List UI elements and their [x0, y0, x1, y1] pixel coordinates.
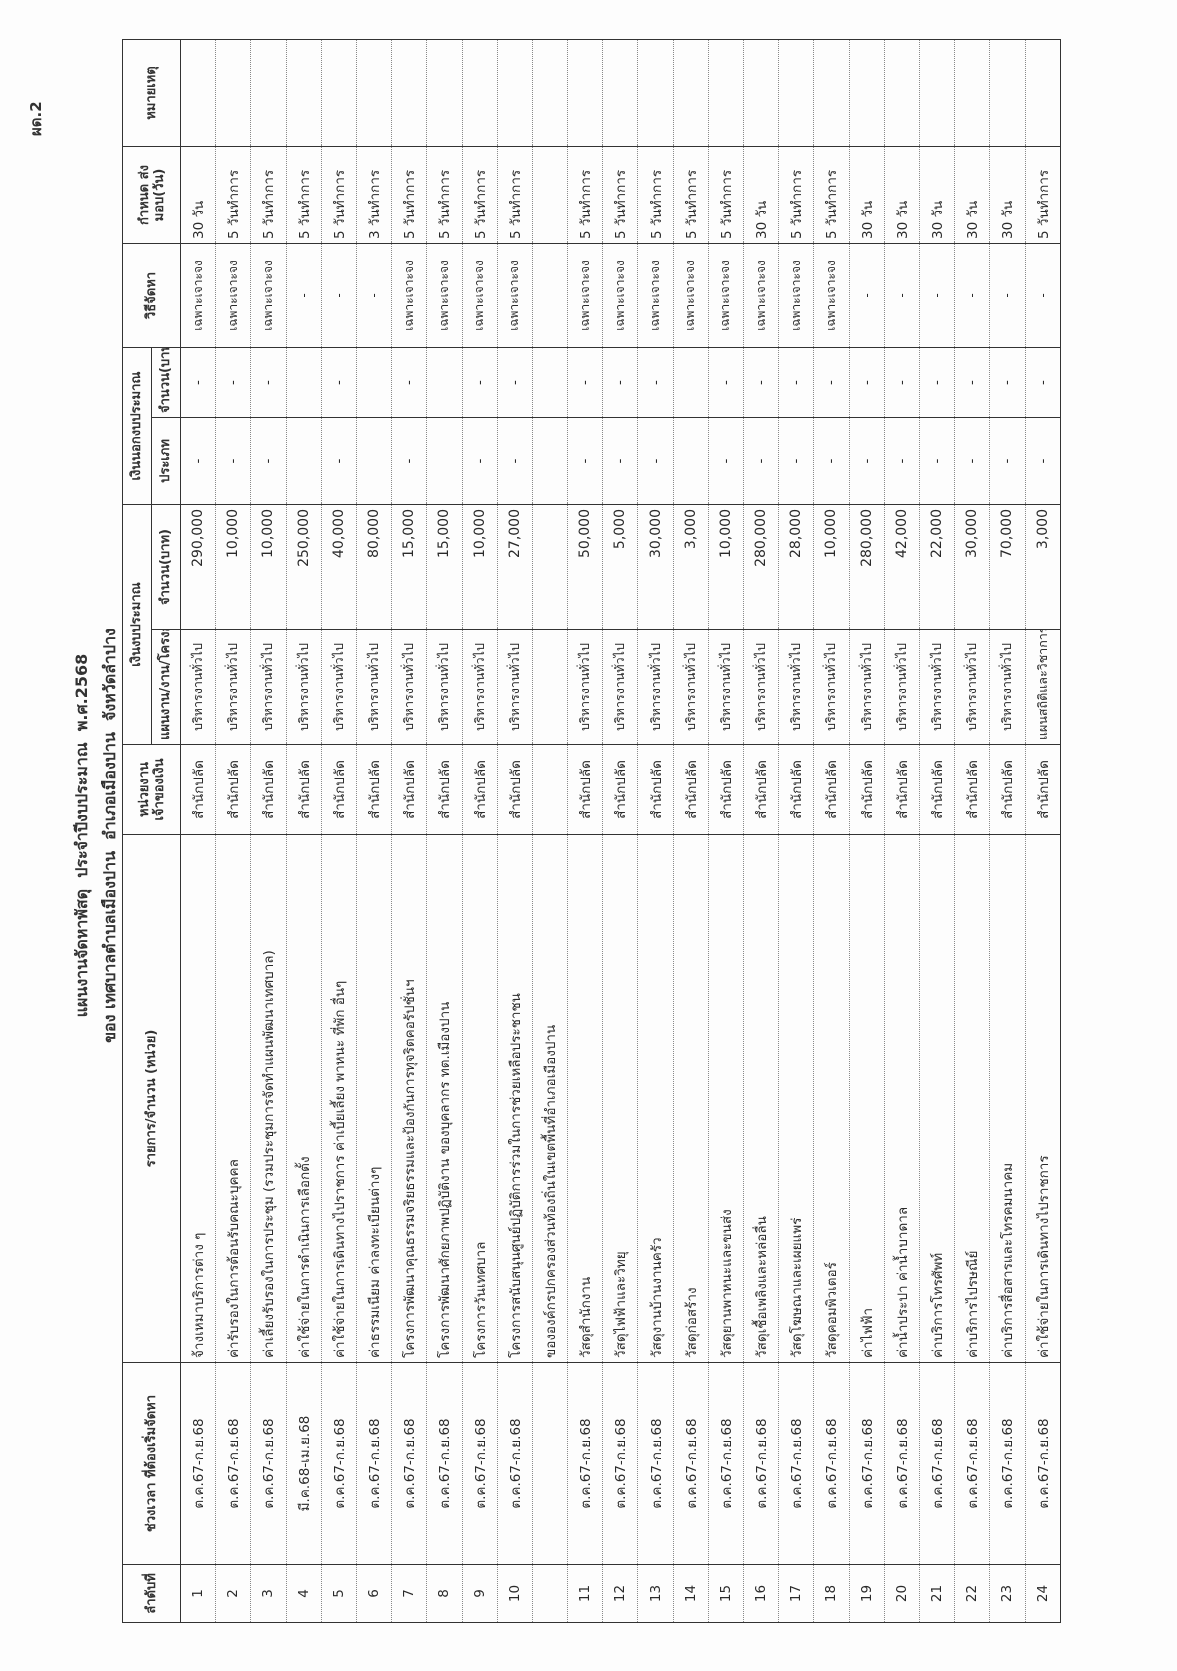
table-row: 10ต.ค.67-ก.ย.68โครงการสนับสนุนศูนย์ปฏิบั… — [497, 40, 532, 1623]
row-budget-plan: บริหารงานทั่วไป — [955, 630, 990, 745]
row-method: - — [356, 244, 391, 348]
row-period: ต.ค.67-ก.ย.68 — [919, 1363, 954, 1565]
row-extra-type: - — [251, 418, 286, 505]
row-extra-type: - — [216, 418, 251, 505]
header-deadline: กำหนด ส่งมอบ(วัน) — [123, 147, 181, 244]
row-extra-amount: - — [814, 348, 849, 418]
row-period: ต.ค.67-ก.ย.68 — [884, 1363, 919, 1565]
table-row: 9ต.ค.67-ก.ย.68โครงการวันเทศบาลสำนักปลัดบ… — [462, 40, 497, 1623]
row-extra-amount — [673, 348, 708, 418]
row-budget-plan: บริหารงานทั่วไป — [568, 630, 603, 745]
row-method: - — [321, 244, 356, 348]
row-period: ต.ค.67-ก.ย.68 — [638, 1363, 673, 1565]
row-deadline: 5 วันทำการ — [673, 147, 708, 244]
row-extra-amount: - — [181, 348, 216, 418]
row-period: ต.ค.67-ก.ย.68 — [744, 1363, 779, 1565]
table-row: ขององค์กรปกครองส่วนท้องถิ่นในเขตพื้นที่อ… — [532, 40, 567, 1623]
row-budget-plan: บริหารงานทั่วไป — [251, 630, 286, 745]
row-extra-amount: - — [568, 348, 603, 418]
row-budget-plan: บริหารงานทั่วไป — [849, 630, 884, 745]
table-row: 16ต.ค.67-ก.ย.68วัสดุเชื้อเพลิงและหล่อลื่… — [744, 40, 779, 1623]
row-item: วัสดุเชื้อเพลิงและหล่อลื่น — [744, 835, 779, 1363]
row-item: ค่าไฟฟ้า — [849, 835, 884, 1363]
row-budget-amount: 30,000 — [638, 505, 673, 630]
row-deadline: 30 วัน — [744, 147, 779, 244]
row-extra-type: - — [779, 418, 814, 505]
row-deadline: 5 วันทำการ — [251, 147, 286, 244]
row-item: ค่าเลี้ยงรับรองในการประชุม (รวมประชุมการ… — [251, 835, 286, 1363]
row-item: วัสดุคอมพิวเตอร์ — [814, 835, 849, 1363]
row-note — [356, 40, 391, 147]
header-budget-amount: จำนวน(บาท) — [152, 505, 181, 630]
row-unit: สำนักปลัด — [955, 745, 990, 835]
row-method: เฉพาะเจาะจง — [497, 244, 532, 348]
table-row: 7ต.ค.67-ก.ย.68โครงการพัฒนาคุณธรรมจริยธรร… — [392, 40, 427, 1623]
table-row: 23ต.ค.67-ก.ย.68ค่าบริการสื่อสารและโทรคมน… — [990, 40, 1025, 1623]
row-note — [638, 40, 673, 147]
table-row: 3ต.ค.67-ก.ย.68ค่าเลี้ยงรับรองในการประชุม… — [251, 40, 286, 1623]
row-note — [321, 40, 356, 147]
table-row: 14ต.ค.67-ก.ย.68วัสดุก่อสร้างสำนักปลัดบริ… — [673, 40, 708, 1623]
row-item: โครงการสนับสนุนศูนย์ปฏิบัติการร่วมในการช… — [497, 835, 532, 1363]
row-budget-plan: บริหารงานทั่วไป — [673, 630, 708, 745]
row-extra-amount — [356, 348, 391, 418]
row-budget-amount: 10,000 — [462, 505, 497, 630]
header-extra-budget-group: เงินนอกงบประมาณ — [123, 348, 152, 505]
row-note — [603, 40, 638, 147]
row-deadline: 5 วันทำการ — [603, 147, 638, 244]
table-row: 15ต.ค.67-ก.ย.68วัสดุยานพาหนะและขนส่งสำนั… — [708, 40, 743, 1623]
row-method: เฉพาะเจาะจง — [673, 244, 708, 348]
row-note — [849, 40, 884, 147]
row-budget-amount: 80,000 — [356, 505, 391, 630]
header-method: วิธีจัดหา — [123, 244, 181, 348]
row-budget-amount: 15,000 — [392, 505, 427, 630]
row-budget-amount: 70,000 — [990, 505, 1025, 630]
row-budget-amount: 28,000 — [779, 505, 814, 630]
row-note — [919, 40, 954, 147]
row-period: ต.ค.67-ก.ย.68 — [673, 1363, 708, 1565]
row-number: 24 — [1025, 1565, 1060, 1623]
row-item: วัสดุยานพาหนะและขนส่ง — [708, 835, 743, 1363]
row-note — [708, 40, 743, 147]
row-deadline: 30 วัน — [919, 147, 954, 244]
row-deadline: 5 วันทำการ — [568, 147, 603, 244]
row-extra-type: - — [814, 418, 849, 505]
row-unit: สำนักปลัด — [286, 745, 321, 835]
row-item: ค่าใช้จ่ายในการเดินทางไปราชการ ค่าเบี้ยเ… — [321, 835, 356, 1363]
row-item: ค่าบริการโทรศัพท์ — [919, 835, 954, 1363]
row-extra-amount: - — [919, 348, 954, 418]
row-extra-type — [532, 418, 567, 505]
row-number: 6 — [356, 1565, 391, 1623]
row-number: 14 — [673, 1565, 708, 1623]
row-extra-amount: - — [990, 348, 1025, 418]
row-number: 22 — [955, 1565, 990, 1623]
row-budget-plan: บริหารงานทั่วไป — [321, 630, 356, 745]
row-period: ต.ค.67-ก.ย.68 — [356, 1363, 391, 1565]
header-extra-amount: จำนวน(บาท) — [152, 348, 181, 418]
row-budget-amount: 280,000 — [849, 505, 884, 630]
row-budget-plan: บริหารงานทั่วไป — [990, 630, 1025, 745]
row-number: 1 — [181, 1565, 216, 1623]
row-period: ต.ค.67-ก.ย.68 — [603, 1363, 638, 1565]
row-extra-type — [356, 418, 391, 505]
table-row: 17ต.ค.67-ก.ย.68วัสดุโฆษณาและเผยแพร่สำนัก… — [779, 40, 814, 1623]
row-extra-type: - — [392, 418, 427, 505]
row-unit: สำนักปลัด — [356, 745, 391, 835]
row-budget-amount: 15,000 — [427, 505, 462, 630]
row-deadline: 5 วันทำการ — [814, 147, 849, 244]
row-extra-type: - — [990, 418, 1025, 505]
row-deadline: 30 วัน — [955, 147, 990, 244]
row-extra-type: - — [744, 418, 779, 505]
row-period: ต.ค.67-ก.ย.68 — [779, 1363, 814, 1565]
table-row: 20ต.ค.67-ก.ย.68ค่าน้ำประปา ค่าน้ำบาดาลสำ… — [884, 40, 919, 1623]
row-method: - — [1025, 244, 1060, 348]
row-extra-type: - — [1025, 418, 1060, 505]
row-budget-amount: 40,000 — [321, 505, 356, 630]
row-extra-type: - — [955, 418, 990, 505]
row-note — [497, 40, 532, 147]
header-note: หมายเหตุ — [123, 40, 181, 147]
row-budget-plan: บริหารงานทั่วไป — [638, 630, 673, 745]
row-extra-type: - — [638, 418, 673, 505]
row-extra-amount: - — [708, 348, 743, 418]
row-budget-amount — [532, 505, 567, 630]
row-period: ต.ค.67-ก.ย.68 — [427, 1363, 462, 1565]
row-unit: สำนักปลัด — [849, 745, 884, 835]
row-extra-amount: - — [392, 348, 427, 418]
row-budget-amount: 280,000 — [744, 505, 779, 630]
row-unit: สำนักปลัด — [392, 745, 427, 835]
row-extra-type: - — [603, 418, 638, 505]
row-extra-amount: - — [638, 348, 673, 418]
row-note — [568, 40, 603, 147]
row-deadline: 5 วันทำการ — [286, 147, 321, 244]
row-unit: สำนักปลัด — [462, 745, 497, 835]
row-deadline: 30 วัน — [849, 147, 884, 244]
row-extra-type: - — [708, 418, 743, 505]
row-note — [1025, 40, 1060, 147]
row-extra-amount: - — [497, 348, 532, 418]
header-period: ช่วงเวลา ที่ต้องเริ่มจัดหา — [123, 1363, 181, 1565]
header-item: รายการ/จำนวน (หน่วย) — [123, 835, 181, 1363]
row-item: ขององค์กรปกครองส่วนท้องถิ่นในเขตพื้นที่อ… — [532, 835, 567, 1363]
row-number: 2 — [216, 1565, 251, 1623]
row-item: วัสดุโฆษณาและเผยแพร่ — [779, 835, 814, 1363]
row-period: ต.ค.67-ก.ย.68 — [849, 1363, 884, 1565]
row-method: เฉพาะเจาะจง — [744, 244, 779, 348]
table-row: 24ต.ค.67-ก.ย.68ค่าใช้จ่ายในการเดินทางไปร… — [1025, 40, 1060, 1623]
row-budget-plan: บริหารงานทั่วไป — [216, 630, 251, 745]
row-unit: สำนักปลัด — [744, 745, 779, 835]
row-unit: สำนักปลัด — [638, 745, 673, 835]
row-extra-type: - — [568, 418, 603, 505]
row-extra-amount: - — [462, 348, 497, 418]
row-period: มี.ค.68-เม.ย.68 — [286, 1363, 321, 1565]
row-budget-plan: บริหารงานทั่วไป — [181, 630, 216, 745]
row-note — [216, 40, 251, 147]
row-budget-plan: แผนสถิติและวิชาการ — [1025, 630, 1060, 745]
row-method — [532, 244, 567, 348]
row-note — [673, 40, 708, 147]
row-deadline — [532, 147, 567, 244]
row-budget-plan: บริหารงานทั่วไป — [286, 630, 321, 745]
row-extra-amount: - — [744, 348, 779, 418]
row-deadline: 5 วันทำการ — [427, 147, 462, 244]
header-no: ลำดับที่ — [123, 1565, 181, 1623]
row-budget-amount: 42,000 — [884, 505, 919, 630]
row-number: 19 — [849, 1565, 884, 1623]
row-number: 4 — [286, 1565, 321, 1623]
row-number — [532, 1565, 567, 1623]
row-number: 10 — [497, 1565, 532, 1623]
row-number: 7 — [392, 1565, 427, 1623]
row-note — [884, 40, 919, 147]
row-deadline: 30 วัน — [884, 147, 919, 244]
row-number: 9 — [462, 1565, 497, 1623]
row-unit: สำนักปลัด — [919, 745, 954, 835]
row-item: วัสดุสำนักงาน — [568, 835, 603, 1363]
row-method: เฉพาะเจาะจง — [779, 244, 814, 348]
row-item: ค่ารับรองในการต้อนรับคณะบุคคล — [216, 835, 251, 1363]
row-extra-type: - — [181, 418, 216, 505]
row-unit: สำนักปลัด — [251, 745, 286, 835]
row-number: 18 — [814, 1565, 849, 1623]
row-item: วัสดุไฟฟ้าและวิทยุ — [603, 835, 638, 1363]
row-extra-type — [286, 418, 321, 505]
row-item: ค่าใช้จ่ายในการเดินทางไปราชการ — [1025, 835, 1060, 1363]
row-note — [779, 40, 814, 147]
row-extra-type — [673, 418, 708, 505]
row-deadline: 30 วัน — [181, 147, 216, 244]
row-method: เฉพาะเจาะจง — [427, 244, 462, 348]
row-extra-amount: - — [603, 348, 638, 418]
row-period: ต.ค.67-ก.ย.68 — [814, 1363, 849, 1565]
row-budget-amount: 3,000 — [1025, 505, 1060, 630]
row-method: - — [884, 244, 919, 348]
row-budget-amount: 10,000 — [814, 505, 849, 630]
table-row: 21ต.ค.67-ก.ย.68ค่าบริการโทรศัพท์สำนักปลั… — [919, 40, 954, 1623]
row-extra-amount: - — [849, 348, 884, 418]
row-extra-amount: - — [955, 348, 990, 418]
row-number: 15 — [708, 1565, 743, 1623]
row-unit: สำนักปลัด — [216, 745, 251, 835]
row-item: ค่าน้ำประปา ค่าน้ำบาดาล — [884, 835, 919, 1363]
row-method: - — [849, 244, 884, 348]
row-deadline: 30 วัน — [990, 147, 1025, 244]
row-extra-type: - — [919, 418, 954, 505]
row-method: เฉพาะเจาะจง — [392, 244, 427, 348]
table-row: 11ต.ค.67-ก.ย.68วัสดุสำนักงานสำนักปลัดบริ… — [568, 40, 603, 1623]
row-method: เฉพาะเจาะจง — [251, 244, 286, 348]
row-unit: สำนักปลัด — [181, 745, 216, 835]
row-note — [990, 40, 1025, 147]
row-budget-plan: บริหารงานทั่วไป — [919, 630, 954, 745]
row-extra-type — [427, 418, 462, 505]
row-unit: สำนักปลัด — [603, 745, 638, 835]
row-budget-amount: 22,000 — [919, 505, 954, 630]
table-row: 13ต.ค.67-ก.ย.68วัสดุงานบ้านงานครัวสำนักป… — [638, 40, 673, 1623]
row-deadline: 5 วันทำการ — [321, 147, 356, 244]
row-unit: สำนักปลัด — [427, 745, 462, 835]
row-unit: สำนักปลัด — [321, 745, 356, 835]
row-number: 5 — [321, 1565, 356, 1623]
row-method: - — [990, 244, 1025, 348]
row-method: เฉพาะเจาะจง — [462, 244, 497, 348]
row-budget-plan: บริหารงานทั่วไป — [427, 630, 462, 745]
row-number: 11 — [568, 1565, 603, 1623]
row-method: เฉพาะเจาะจง — [181, 244, 216, 348]
row-extra-amount: - — [1025, 348, 1060, 418]
row-budget-amount: 250,000 — [286, 505, 321, 630]
row-extra-amount: - — [216, 348, 251, 418]
row-budget-amount: 10,000 — [216, 505, 251, 630]
row-extra-type: - — [462, 418, 497, 505]
row-note — [814, 40, 849, 147]
row-extra-amount: - — [884, 348, 919, 418]
table-row: 19ต.ค.67-ก.ย.68ค่าไฟฟ้าสำนักปลัดบริหารงา… — [849, 40, 884, 1623]
row-unit: สำนักปลัด — [568, 745, 603, 835]
row-unit: สำนักปลัด — [1025, 745, 1060, 835]
row-deadline: 5 วันทำการ — [779, 147, 814, 244]
row-extra-amount — [532, 348, 567, 418]
row-deadline: 5 วันทำการ — [638, 147, 673, 244]
header-extra-type: ประเภท — [152, 418, 181, 505]
row-method: - — [286, 244, 321, 348]
row-item: โครงการวันเทศบาล — [462, 835, 497, 1363]
row-period — [532, 1363, 567, 1565]
row-period: ต.ค.67-ก.ย.68 — [568, 1363, 603, 1565]
row-unit: สำนักปลัด — [497, 745, 532, 835]
row-budget-amount: 5,000 — [603, 505, 638, 630]
row-item: จ้างเหมาบริการต่าง ๆ — [181, 835, 216, 1363]
row-note — [955, 40, 990, 147]
row-note — [532, 40, 567, 147]
row-method: - — [919, 244, 954, 348]
row-budget-plan: บริหารงานทั่วไป — [603, 630, 638, 745]
row-note — [427, 40, 462, 147]
row-number: 20 — [884, 1565, 919, 1623]
row-method: เฉพาะเจาะจง — [638, 244, 673, 348]
row-note — [462, 40, 497, 147]
row-budget-plan: บริหารงานทั่วไป — [392, 630, 427, 745]
header-budget-plan: แผนงาน/งาน/โครงการ — [152, 630, 181, 745]
row-extra-type: - — [497, 418, 532, 505]
row-budget-amount: 3,000 — [673, 505, 708, 630]
table-row: 18ต.ค.67-ก.ย.68วัสดุคอมพิวเตอร์สำนักปลัด… — [814, 40, 849, 1623]
row-note — [744, 40, 779, 147]
row-item: โครงการพัฒนาศักยภาพปฏิบัติงาน ของบุคลากร… — [427, 835, 462, 1363]
row-method: เฉพาะเจาะจง — [708, 244, 743, 348]
row-item: ค่าใช้จ่ายในการดำเนินการเลือกตั้ง — [286, 835, 321, 1363]
row-budget-amount: 50,000 — [568, 505, 603, 630]
row-number: 17 — [779, 1565, 814, 1623]
row-note — [392, 40, 427, 147]
table-row: 5ต.ค.67-ก.ย.68ค่าใช้จ่ายในการเดินทางไปรา… — [321, 40, 356, 1623]
row-number: 8 — [427, 1565, 462, 1623]
row-method: - — [955, 244, 990, 348]
row-period: ต.ค.67-ก.ย.68 — [990, 1363, 1025, 1565]
row-extra-type: - — [884, 418, 919, 505]
row-period: ต.ค.67-ก.ย.68 — [955, 1363, 990, 1565]
table-row: 8ต.ค.67-ก.ย.68โครงการพัฒนาศักยภาพปฏิบัติ… — [427, 40, 462, 1623]
row-deadline: 5 วันทำการ — [216, 147, 251, 244]
row-period: ต.ค.67-ก.ย.68 — [181, 1363, 216, 1565]
row-budget-amount: 27,000 — [497, 505, 532, 630]
table-row: 22ต.ค.67-ก.ย.68ค่าบริการไปรษณีย์สำนักปลั… — [955, 40, 990, 1623]
row-period: ต.ค.67-ก.ย.68 — [708, 1363, 743, 1565]
row-extra-amount — [427, 348, 462, 418]
row-budget-amount: 10,000 — [708, 505, 743, 630]
row-budget-plan: บริหารงานทั่วไป — [814, 630, 849, 745]
row-deadline: 5 วันทำการ — [462, 147, 497, 244]
document-subtitle: ของ เทศบาลตำบลเมืองปาน อำเภอเมืองปาน จัง… — [98, 0, 123, 1671]
row-note — [181, 40, 216, 147]
row-deadline: 5 วันทำการ — [497, 147, 532, 244]
document-page: ผด.2 แผนงานจัดหาพัสดุ ประจำปีงบประมาณ พ.… — [0, 0, 1177, 1671]
row-period: ต.ค.67-ก.ย.68 — [251, 1363, 286, 1565]
row-unit: สำนักปลัด — [814, 745, 849, 835]
row-extra-type: - — [849, 418, 884, 505]
row-deadline: 5 วันทำการ — [1025, 147, 1060, 244]
row-number: 3 — [251, 1565, 286, 1623]
document-code: ผด.2 — [24, 86, 48, 136]
row-method: เฉพาะเจาะจง — [568, 244, 603, 348]
row-unit — [532, 745, 567, 835]
row-period: ต.ค.67-ก.ย.68 — [462, 1363, 497, 1565]
row-budget-amount: 10,000 — [251, 505, 286, 630]
row-note — [251, 40, 286, 147]
row-extra-amount: - — [321, 348, 356, 418]
row-deadline: 5 วันทำการ — [392, 147, 427, 244]
row-budget-amount: 290,000 — [181, 505, 216, 630]
header-unit: หน่วยงาน เจ้าของเงิน — [123, 745, 181, 835]
document-title: แผนงานจัดหาพัสดุ ประจำปีงบประมาณ พ.ศ.256… — [70, 0, 95, 1671]
row-item: ค่าบริการไปรษณีย์ — [955, 835, 990, 1363]
row-note — [286, 40, 321, 147]
row-extra-amount: - — [779, 348, 814, 418]
row-deadline: 5 วันทำการ — [708, 147, 743, 244]
row-period: ต.ค.67-ก.ย.68 — [392, 1363, 427, 1565]
row-budget-plan: บริหารงานทั่วไป — [462, 630, 497, 745]
row-item: วัสดุก่อสร้าง — [673, 835, 708, 1363]
row-number: 12 — [603, 1565, 638, 1623]
table-row: 2ต.ค.67-ก.ย.68ค่ารับรองในการต้อนรับคณะบุ… — [216, 40, 251, 1623]
table-row: 4มี.ค.68-เม.ย.68ค่าใช้จ่ายในการดำเนินการ… — [286, 40, 321, 1623]
row-budget-amount: 30,000 — [955, 505, 990, 630]
row-budget-plan: บริหารงานทั่วไป — [779, 630, 814, 745]
row-method: เฉพาะเจาะจง — [603, 244, 638, 348]
row-budget-plan: บริหารงานทั่วไป — [356, 630, 391, 745]
table-row: 1ต.ค.67-ก.ย.68จ้างเหมาบริการต่าง ๆสำนักป… — [181, 40, 216, 1623]
row-period: ต.ค.67-ก.ย.68 — [497, 1363, 532, 1565]
row-item: วัสดุงานบ้านงานครัว — [638, 835, 673, 1363]
row-budget-plan: บริหารงานทั่วไป — [708, 630, 743, 745]
row-item: โครงการพัฒนาคุณธรรมจริยธรรมและป้องกันการ… — [392, 835, 427, 1363]
row-extra-amount: - — [251, 348, 286, 418]
row-unit: สำนักปลัด — [779, 745, 814, 835]
row-number: 16 — [744, 1565, 779, 1623]
row-period: ต.ค.67-ก.ย.68 — [216, 1363, 251, 1565]
row-extra-amount — [286, 348, 321, 418]
row-number: 13 — [638, 1565, 673, 1623]
row-unit: สำนักปลัด — [673, 745, 708, 835]
row-number: 21 — [919, 1565, 954, 1623]
row-unit: สำนักปลัด — [708, 745, 743, 835]
row-budget-plan: บริหารงานทั่วไป — [744, 630, 779, 745]
